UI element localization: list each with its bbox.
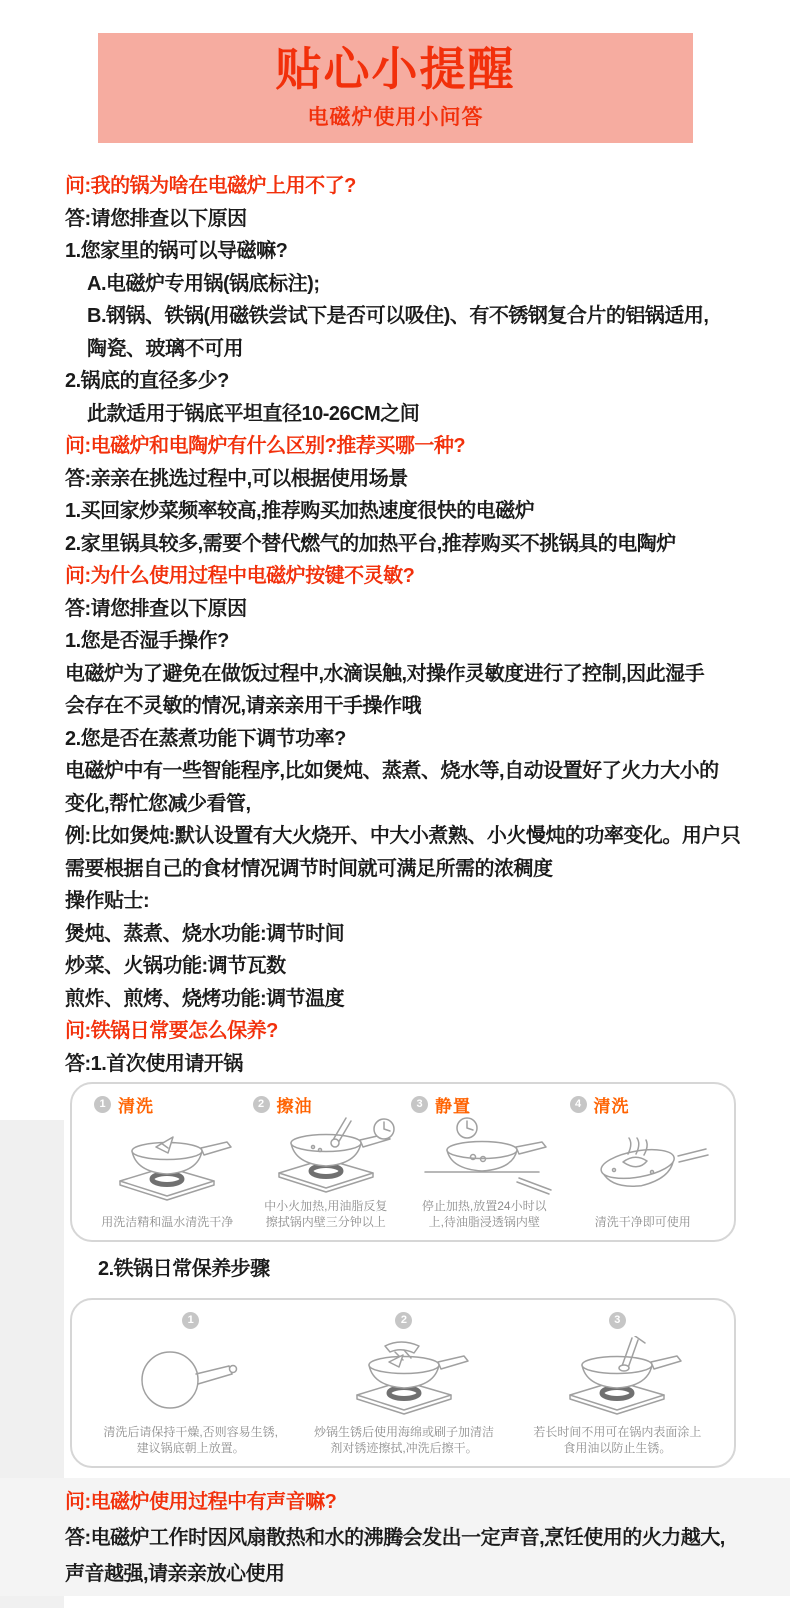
step-number-badge: 4 bbox=[570, 1096, 587, 1113]
maintenance-step-3: 3 若长时间不用可在锅内表面涂上食用油以防止生锈。 bbox=[511, 1308, 724, 1460]
faq-section-top: 问:我的锅为啥在电磁炉上用不了? 答:请您排查以下原因 1.您家里的锅可以导磁嘛… bbox=[65, 170, 765, 1080]
faq-answer-line: 1.您家里的锅可以导磁嘛? bbox=[65, 235, 765, 268]
faq-answer-line: 煲炖、蒸煮、烧水功能:调节时间 bbox=[65, 918, 765, 951]
maintenance-subheading: 2.铁锅日常保养步骤 bbox=[98, 1252, 270, 1281]
faq-answer-line: 1.您是否湿手操作? bbox=[65, 625, 765, 658]
step-title: 静置 bbox=[435, 1092, 471, 1117]
faq-answer-line: 答:请您排查以下原因 bbox=[65, 203, 765, 236]
faq-answer-line: 电磁炉中有一些智能程序,比如煲炖、蒸煮、烧水等,自动设置好了火力大小的 bbox=[65, 755, 765, 788]
seasoning-step-2: 2 擦油 中小火加热,用油脂反复擦拭锅内壁三分钟以上 bbox=[247, 1094, 406, 1234]
step-caption: 停止加热,放置24小时以上,待油脂浸透锅内壁 bbox=[422, 1198, 547, 1230]
faq-answer-line: A.电磁炉专用锅(锅底标注); bbox=[65, 268, 765, 301]
step-number-badge: 2 bbox=[253, 1096, 270, 1113]
step-caption: 清洗干净即可使用 bbox=[595, 1214, 691, 1230]
wok-oil-coat-brush-icon bbox=[511, 1330, 724, 1424]
faq-question-line: 问:我的锅为啥在电磁炉上用不了? bbox=[65, 170, 765, 203]
faq-answer-line: 变化,帮忙您减少看管, bbox=[65, 788, 765, 821]
wok-rinse-hand-icon bbox=[564, 1114, 723, 1214]
faq-answer-line: 声音越强,请亲亲放心使用 bbox=[65, 1556, 775, 1592]
seasoning-step-1: 1 清洗 用洗洁精和温水清洗干净 bbox=[88, 1094, 247, 1234]
faq-answer-line: 答:1.首次使用请开锅 bbox=[65, 1048, 765, 1081]
step-number-badge: 1 bbox=[182, 1312, 199, 1329]
faq-answer-line: 陶瓷、玻璃不可用 bbox=[65, 333, 765, 366]
step-caption: 中小火加热,用油脂反复擦拭锅内壁三分钟以上 bbox=[264, 1198, 387, 1230]
step-title: 清洗 bbox=[594, 1092, 630, 1117]
faq-answer-line: 2.家里锅具较多,需要个替代燃气的加热平台,推荐购买不挑锅具的电陶炉 bbox=[65, 528, 765, 561]
step-caption: 若长时间不用可在锅内表面涂上食用油以防止生锈。 bbox=[533, 1424, 701, 1456]
faq-answer-line: 2.您是否在蒸煮功能下调节功率? bbox=[65, 723, 765, 756]
step-number-badge: 1 bbox=[94, 1096, 111, 1113]
maintenance-steps-box: 1 清洗后请保持干燥,否则容易生锈,建议锅底朝上放置。 2 bbox=[70, 1298, 736, 1468]
step-number-badge: 3 bbox=[411, 1096, 428, 1113]
page-title: 贴心小提醒 bbox=[98, 43, 693, 95]
wok-oil-brush-clock-icon bbox=[247, 1114, 406, 1198]
step-caption: 炒锅生锈后使用海绵或刷子加清洁剂对锈迹擦拭,冲洗后擦干。 bbox=[314, 1424, 494, 1456]
step-caption: 用洗洁精和温水清洗干净 bbox=[101, 1214, 233, 1230]
seasoning-step-3: 3 静置 停止加热,放置24小时以上,待油脂浸透锅内壁 bbox=[405, 1094, 564, 1234]
faq-question-line: 问:铁锅日常要怎么保养? bbox=[65, 1015, 765, 1048]
faq-answer-line: 1.买回家炒菜频率较高,推荐购买加热速度很快的电磁炉 bbox=[65, 495, 765, 528]
faq-answer-line: B.钢锅、铁锅(用磁铁尝试下是否可以吸住)、有不锈钢复合片的铝锅适用, bbox=[65, 300, 765, 333]
maintenance-step-2: 2 炒锅生锈后使用海绵或刷子加清洁剂对锈迹擦拭,冲洗后擦干。 bbox=[297, 1308, 510, 1460]
step-title: 清洗 bbox=[118, 1092, 154, 1117]
faq-answer-line: 电磁炉为了避免在做饭过程中,水滴误触,对操作灵敏度进行了控制,因此湿手 bbox=[65, 658, 765, 691]
page-subtitle: 电磁炉使用小问答 bbox=[98, 101, 693, 131]
faq-answer-line: 答:电磁炉工作时因风扇散热和水的沸腾会发出一定声音,烹饪使用的火力越大, bbox=[65, 1520, 775, 1556]
wok-wash-on-cooker-icon bbox=[88, 1114, 247, 1214]
faq-answer-line: 此款适用于锅底平坦直径10-26CM之间 bbox=[65, 398, 765, 431]
seasoning-steps-box: 1 清洗 用洗洁精和温水清洗干净 2 擦油 bbox=[70, 1082, 736, 1242]
faq-question-line: 问:为什么使用过程中电磁炉按键不灵敏? bbox=[65, 560, 765, 593]
faq-section-bottom: 问:电磁炉使用过程中有声音嘛? 答:电磁炉工作时因风扇散热和水的沸腾会发出一定声… bbox=[65, 1484, 775, 1592]
pan-upside-down-icon bbox=[84, 1330, 297, 1424]
header-banner: 贴心小提醒 电磁炉使用小问答 bbox=[98, 33, 693, 143]
faq-answer-line: 例:比如煲炖:默认设置有大火烧开、中大小煮熟、小火慢炖的功率变化。用户只 bbox=[65, 820, 765, 853]
faq-answer-line: 炒菜、火锅功能:调节瓦数 bbox=[65, 950, 765, 983]
seasoning-step-4: 4 清洗 清洗干净即可使用 bbox=[564, 1094, 723, 1234]
faq-question-line: 问:电磁炉和电陶炉有什么区别?推荐买哪一种? bbox=[65, 430, 765, 463]
faq-answer-line: 煎炸、煎烤、烧烤功能:调节温度 bbox=[65, 983, 765, 1016]
faq-answer-line: 答:请您排查以下原因 bbox=[65, 593, 765, 626]
faq-answer-line: 操作贴士: bbox=[65, 885, 765, 918]
faq-question-line: 问:电磁炉使用过程中有声音嘛? bbox=[65, 1484, 775, 1520]
faq-answer-line: 2.锅底的直径多少? bbox=[65, 365, 765, 398]
wok-rest-clock-icon bbox=[405, 1114, 564, 1198]
maintenance-step-1: 1 清洗后请保持干燥,否则容易生锈,建议锅底朝上放置。 bbox=[84, 1308, 297, 1460]
faq-answer-line: 会存在不灵敏的情况,请亲亲用干手操作哦 bbox=[65, 690, 765, 723]
step-caption: 清洗后请保持干燥,否则容易生锈,建议锅底朝上放置。 bbox=[103, 1424, 278, 1456]
wok-scrub-hand-icon bbox=[297, 1330, 510, 1424]
step-number-badge: 3 bbox=[609, 1312, 626, 1329]
faq-answer-line: 需要根据自己的食材情况调节时间就可满足所需的浓稠度 bbox=[65, 853, 765, 886]
faq-page: 贴心小提醒 电磁炉使用小问答 问:我的锅为啥在电磁炉上用不了? 答:请您排查以下… bbox=[0, 0, 790, 1608]
faq-answer-line: 答:亲亲在挑选过程中,可以根据使用场景 bbox=[65, 463, 765, 496]
step-number-badge: 2 bbox=[395, 1312, 412, 1329]
step-title: 擦油 bbox=[277, 1092, 313, 1117]
